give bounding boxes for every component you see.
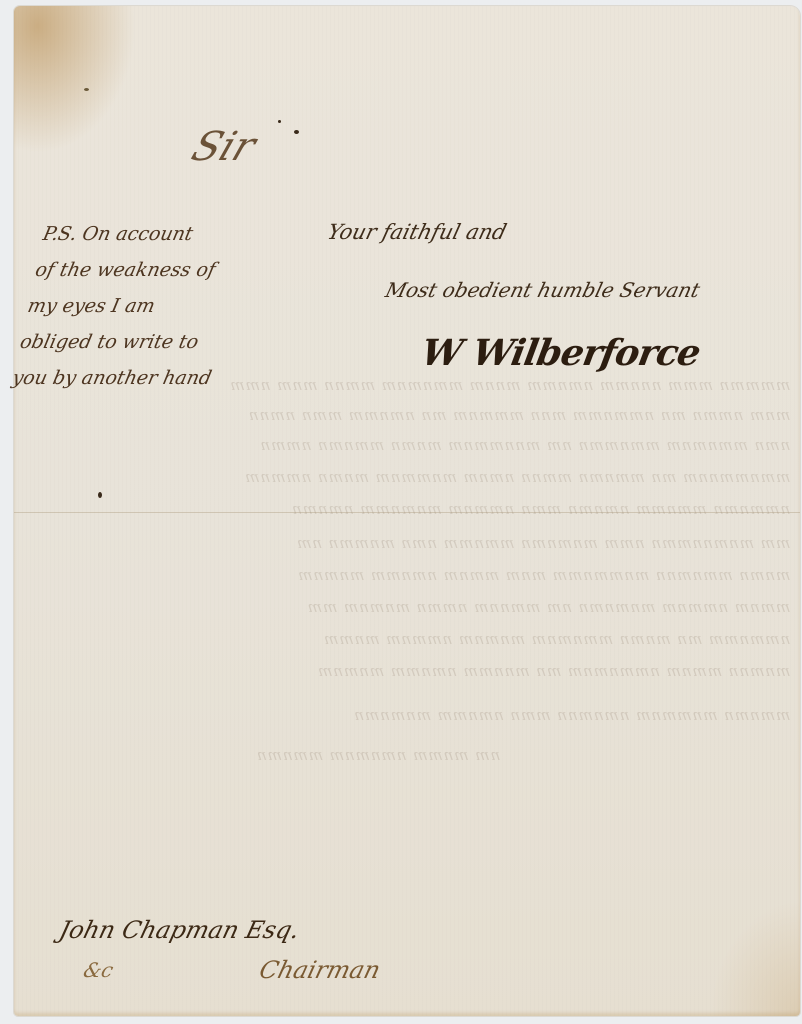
addressee-name: John Chapman Esq. [57,916,303,944]
fold-crease [14,512,800,513]
ink-blot [294,130,299,134]
letter-sheet: mmmmn mmm nnnmm nmnmm mnnm mmnmnm mmnn m… [14,6,800,1016]
bleed-through-line: mmnmn mnmmnm nmnmnn mmn nmnmm mnmnmn [43,706,792,724]
addressee-title: Chairman [257,956,384,984]
bleed-through-line: nmmnmm mn mnmn mmnmnm mnmnm nmmnm mnmm [43,630,792,648]
postscript-line: P.S. On account [39,216,245,252]
closing-line-1: Your faithful and [325,220,509,244]
bleed-through-line: mmnmmnnm mn mmnmn mmnn nmnm mnmmnm mnmn … [43,468,792,486]
ink-blot [84,88,89,91]
signature: W Wilberforce [418,332,703,374]
postscript-line: of the weakness of [32,252,238,288]
bleed-through-line: nmn mmnmnm mmnmmn nm mnnmmnm mnmn mmnmn … [43,436,792,454]
bleed-through-line: mnmn mmnmnn mnmmnmm mnm mmnm nmnmm mnmnm [43,566,792,584]
bleed-through-line: nmmnmn mmnmm nmnmn mmn nmmnm mnmnmm nmnm… [43,500,792,518]
bleed-through-line: mnm nmmn mn nmmnmm mnn mmmnm mn nmnmm mm… [43,406,792,424]
scan-background: mmmmn mmm nnnmm nmnmm mnnm mmnmnm mmnn m… [0,0,802,1024]
addressee-prefix: &c [81,958,116,982]
closing-line-2: Most obedient humble Servant [383,278,703,302]
bleed-through-line: mmnm nmmnm mnmnmn nm mmnnm nmmn mnmnm mm [43,598,792,616]
ink-blot [98,492,102,498]
postscript-line: obliged to write to [17,324,223,360]
postscript: P.S. On account of the weakness of my ey… [9,216,246,396]
ink-blot [278,120,281,123]
salutation: Sir [186,124,262,170]
postscript-line: you by another hand [9,360,215,396]
bleed-through-line: mnmnn mmnm nmmnmnm mn mnnmm nmnmm mnmnm [43,662,792,680]
postscript-line: my eyes I am [24,288,230,324]
bleed-through-line: mm mnmnnmmn nmm mnmnmn mmnmm nmn mnmmn n… [43,534,792,552]
bleed-through-line: nm mnmm nmnmnm mmnmn [43,746,502,764]
